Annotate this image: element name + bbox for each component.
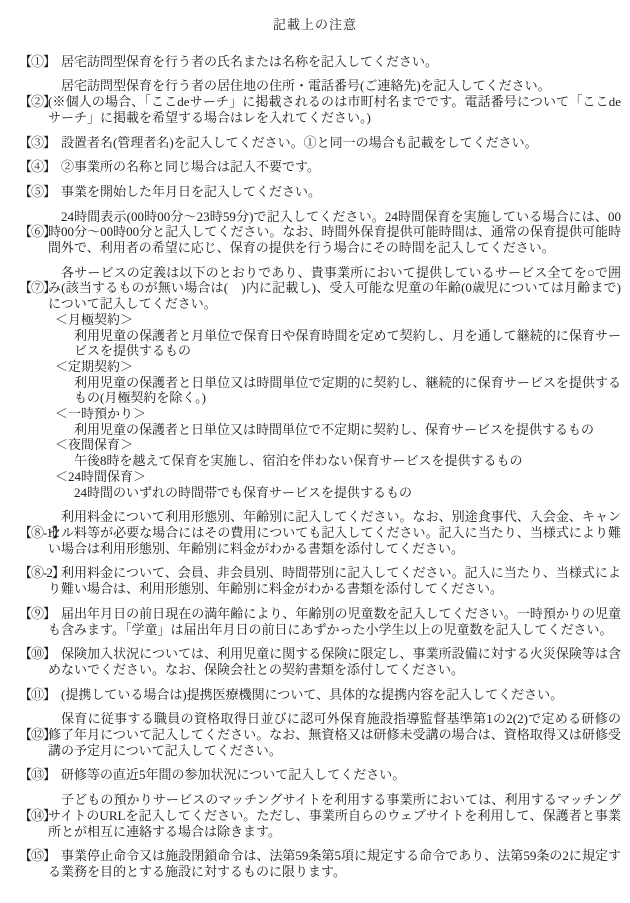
service-heading-night: ＜夜間保育＞ — [55, 437, 621, 453]
note-item-11: 【⑪】 (提携している場合は)提携医療機関について、具体的な提携内容を記入してく… — [0, 687, 630, 703]
page-title: 記載上の注意 — [0, 17, 630, 33]
item-paragraph: (※個人の場合、「ここdeサーチ」に掲載されるのは市町村名までです。電話番号につ… — [48, 94, 621, 125]
note-item-7: 【⑦】 各サービスの定義は以下のとおりであり、貴事業所において提供しているサービ… — [0, 265, 630, 501]
item-paragraph: 居宅訪問型保育を行う者の居住地の住所・電話番号(ご連絡先)を記入してください。 — [48, 78, 621, 94]
service-heading-temporary: ＜一時預かり＞ — [55, 406, 621, 422]
service-definition: 24時間のいずれの時間帯でも保育サービスを提供するもの — [74, 485, 621, 501]
note-item-3: 【③】 設置者名(管理者名)を記入してください。①と同一の場合も記載をしてくださ… — [0, 135, 630, 151]
item-label-8-1: 【⑧-1】 — [19, 525, 64, 541]
note-item-6: 【⑥】 24時間表示(00時00分～23時59分)で記入してください。24時間保… — [0, 209, 630, 256]
note-item-1: 【①】 居宅訪問型保育を行う者の氏名または名称を記入してください。 — [0, 54, 630, 70]
note-item-9: 【⑨】 届出年月日の前日現在の満年齢により、年齢別の児童数を記入してください。一… — [0, 606, 630, 637]
service-heading-24h: ＜24時間保育＞ — [55, 469, 621, 485]
item-body: 届出年月日の前日現在の満年齢により、年齢別の児童数を記入してください。一時預かり… — [48, 606, 621, 637]
item-paragraph: 保育に従事する職員の資格取得日並びに認可外保育施設指導監督基準第1の2(2)で定… — [48, 711, 621, 758]
note-item-8-1: 【⑧-1】 利用料金について利用形態別、年齢別に記入してください。なお、別途食事… — [0, 509, 630, 556]
item-label-10: 【⑩】 — [19, 646, 55, 662]
service-definition: 利用児童の保護者と日単位又は時間単位で定期的に契約し、継続的に保育サービスを提供… — [74, 375, 621, 406]
item-label-4: 【④】 — [19, 159, 55, 175]
item-label-5: 【⑤】 — [19, 184, 55, 200]
notes-document: 記載上の注意 【①】 居宅訪問型保育を行う者の氏名または名称を記入してください。… — [0, 0, 630, 903]
item-body: 設置者名(管理者名)を記入してください。①と同一の場合も記載をしてください。 — [48, 135, 621, 151]
item-body: 保育に従事する職員の資格取得日並びに認可外保育施設指導監督基準第1の2(2)で定… — [48, 711, 621, 758]
item-body: 利用料金について、会員、非会員別、時間帯別に記入してください。記入に当たり、当様… — [48, 565, 621, 596]
item-paragraph: 子どもの預かりサービスのマッチングサイトを利用する事業所においては、利用するマッ… — [48, 792, 621, 839]
item-paragraph: 居宅訪問型保育を行う者の氏名または名称を記入してください。 — [48, 54, 621, 70]
item-label-3: 【③】 — [19, 135, 55, 151]
item-label-15: 【⑮】 — [19, 848, 55, 864]
item-label-11: 【⑪】 — [19, 687, 55, 703]
item-paragraph: 保険加入状況については、利用児童に関する保険に限定し、事業所設備に対する火災保険… — [48, 646, 621, 677]
service-definition: 午後8時を越えて保育を実施し、宿泊を伴わない保育サービスを提供するもの — [74, 453, 621, 469]
item-paragraph: 各サービスの定義は以下のとおりであり、貴事業所において提供しているサービス全てを… — [48, 265, 621, 312]
item-body: 事業を開始した年月日を記入してください。 — [48, 184, 621, 200]
item-paragraph: 24時間表示(00時00分～23時59分)で記入してください。24時間保育を実施… — [48, 209, 621, 256]
note-item-14: 【⑭】 子どもの預かりサービスのマッチングサイトを利用する事業所においては、利用… — [0, 792, 630, 839]
item-body: 保険加入状況については、利用児童に関する保険に限定し、事業所設備に対する火災保険… — [48, 646, 621, 677]
note-item-8-2: 【⑧-2】 利用料金について、会員、非会員別、時間帯別に記入してください。記入に… — [0, 565, 630, 596]
note-item-4: 【④】 ②事業所の名称と同じ場合は記入不要です。 — [0, 159, 630, 175]
item-paragraph: 研修等の直近5年間の参加状況について記入してください。 — [48, 767, 621, 783]
service-heading-monthly: ＜月極契約＞ — [55, 312, 621, 328]
item-label-12: 【⑫】 — [19, 727, 55, 743]
note-item-2: 【②】 居宅訪問型保育を行う者の居住地の住所・電話番号(ご連絡先)を記入してくだ… — [0, 78, 630, 125]
item-paragraph: 設置者名(管理者名)を記入してください。①と同一の場合も記載をしてください。 — [48, 135, 621, 151]
item-label-2: 【②】 — [19, 94, 55, 110]
note-item-5: 【⑤】 事業を開始した年月日を記入してください。 — [0, 184, 630, 200]
item-label-14: 【⑭】 — [19, 808, 55, 824]
item-body: 利用料金について利用形態別、年齢別に記入してください。なお、別途食事代、入会金、… — [48, 509, 621, 556]
item-label-8-2: 【⑧-2】 — [19, 565, 64, 581]
item-body: (提携している場合は)提携医療機関について、具体的な提携内容を記入してください。 — [48, 687, 621, 703]
note-item-15: 【⑮】 事業停止命令又は施設閉鎖命令は、法第59条第5項に規定する命令であり、法… — [0, 848, 630, 879]
note-item-13: 【⑬】 研修等の直近5年間の参加状況について記入してください。 — [0, 767, 630, 783]
item-body: 24時間表示(00時00分～23時59分)で記入してください。24時間保育を実施… — [48, 209, 621, 256]
item-label-9: 【⑨】 — [19, 606, 55, 622]
item-body: 居宅訪問型保育を行う者の氏名または名称を記入してください。 — [48, 54, 621, 70]
notes-list: 【①】 居宅訪問型保育を行う者の氏名または名称を記入してください。 【②】 居宅… — [0, 54, 630, 880]
item-body: 子どもの預かりサービスのマッチングサイトを利用する事業所においては、利用するマッ… — [48, 792, 621, 839]
item-body: 居宅訪問型保育を行う者の居住地の住所・電話番号(ご連絡先)を記入してください。 … — [48, 78, 621, 125]
item-body: 各サービスの定義は以下のとおりであり、貴事業所において提供しているサービス全てを… — [48, 265, 621, 501]
note-item-12: 【⑫】 保育に従事する職員の資格取得日並びに認可外保育施設指導監督基準第1の2(… — [0, 711, 630, 758]
item-label-13: 【⑬】 — [19, 767, 55, 783]
item-paragraph: 届出年月日の前日現在の満年齢により、年齢別の児童数を記入してください。一時預かり… — [48, 606, 621, 637]
item-paragraph: (提携している場合は)提携医療機関について、具体的な提携内容を記入してください。 — [48, 687, 621, 703]
item-label-6: 【⑥】 — [19, 224, 55, 240]
service-definition: 利用児童の保護者と日単位又は時間単位で不定期に契約し、保育サービスを提供するもの — [74, 422, 621, 438]
service-heading-periodic: ＜定期契約＞ — [55, 359, 621, 375]
service-definition: 利用児童の保護者と月単位で保育日や保育時間を定めて契約し、月を通して継続的に保育… — [74, 328, 621, 359]
item-paragraph: ②事業所の名称と同じ場合は記入不要です。 — [48, 159, 621, 175]
note-item-10: 【⑩】 保険加入状況については、利用児童に関する保険に限定し、事業所設備に対する… — [0, 646, 630, 677]
item-body: 研修等の直近5年間の参加状況について記入してください。 — [48, 767, 621, 783]
item-paragraph: 事業を開始した年月日を記入してください。 — [48, 184, 621, 200]
item-paragraph: 利用料金について、会員、非会員別、時間帯別に記入してください。記入に当たり、当様… — [48, 565, 621, 596]
item-paragraph: 事業停止命令又は施設閉鎖命令は、法第59条第5項に規定する命令であり、法第59条… — [48, 848, 621, 879]
item-body: 事業停止命令又は施設閉鎖命令は、法第59条第5項に規定する命令であり、法第59条… — [48, 848, 621, 879]
item-label-7: 【⑦】 — [19, 280, 55, 296]
item-label-1: 【①】 — [19, 54, 55, 70]
item-body: ②事業所の名称と同じ場合は記入不要です。 — [48, 159, 621, 175]
item-paragraph: 利用料金について利用形態別、年齢別に記入してください。なお、別途食事代、入会金、… — [48, 509, 621, 556]
